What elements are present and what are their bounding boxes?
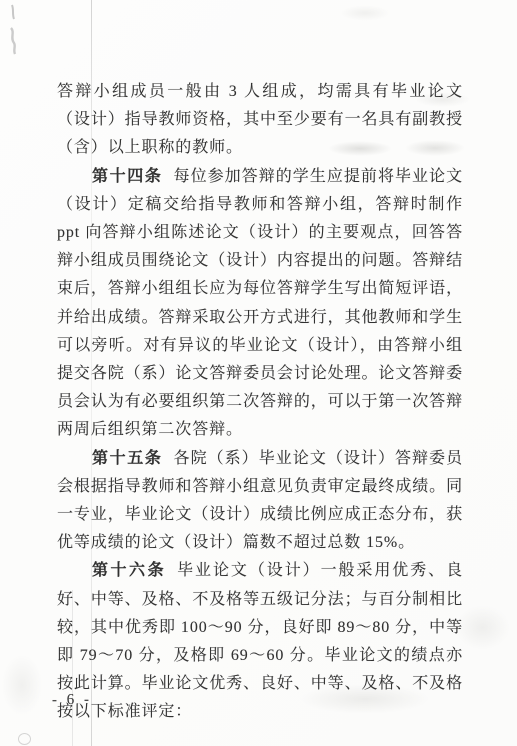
paragraph-article-16: 第十六条毕业论文（设计）一般采用优秀、良好、中等、及格、不及格等五级记分法；与百…	[57, 557, 463, 726]
paragraph-article-15: 第十五条各院（系）毕业论文（设计）答辩委员会根据指导教师和答辩小组意见负责审定最…	[57, 445, 463, 558]
paragraph-article-14: 第十四条每位参加答辩的学生应提前将毕业论文（设计）定稿交给指导教师和答辩小组，答…	[57, 163, 463, 445]
article-heading: 第十四条	[92, 168, 163, 185]
paragraph-continuation: 答辩小组成员一般由 3 人组成，均需具有毕业论文（设计）指导教师资格，其中至少要…	[57, 78, 463, 163]
article-heading: 第十六条	[92, 562, 166, 579]
scanned-document-page: 答辩小组成员一般由 3 人组成，均需具有毕业论文（设计）指导教师资格，其中至少要…	[0, 0, 517, 746]
scan-smudge	[455, 605, 510, 650]
article-heading: 第十五条	[92, 450, 163, 467]
paragraph-text: 每位参加答辩的学生应提前将毕业论文（设计）定稿交给指导教师和答辩小组，答辩时制作…	[57, 168, 463, 439]
scan-pen-mark-icon	[4, 2, 24, 58]
page-number: - 6 -	[52, 692, 92, 709]
paragraph-text: 毕业论文（设计）一般采用优秀、良好、中等、及格、不及格等五级记分法；与百分制相比…	[57, 562, 463, 720]
paragraph-text: 答辩小组成员一般由 3 人组成，均需具有毕业论文（设计）指导教师资格，其中至少要…	[57, 83, 463, 156]
scan-smudge	[2, 655, 42, 715]
document-text-block: 答辩小组成员一般由 3 人组成，均需具有毕业论文（设计）指导教师资格，其中至少要…	[57, 78, 463, 727]
scan-corner-artifact	[18, 733, 31, 745]
scan-smudge	[340, 5, 390, 21]
